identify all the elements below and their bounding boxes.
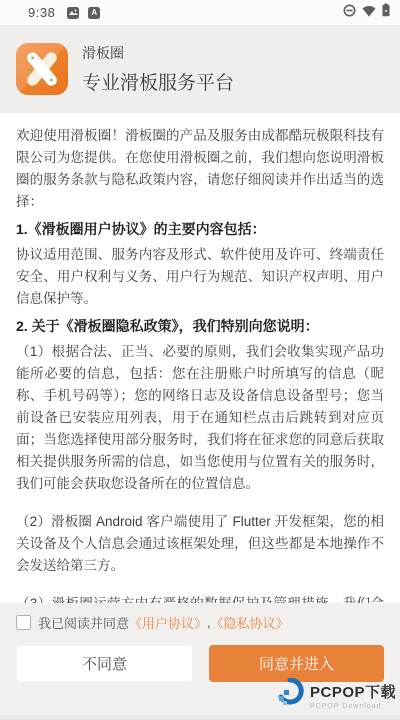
notification-app-a-icon: A: [88, 7, 100, 19]
disagree-button[interactable]: 不同意: [16, 645, 193, 682]
agreement-scroll-area[interactable]: 欢迎使用滑板圈！滑板圈的产品及服务由成都酷玩极限科技有限公司为您提供。在您使用滑…: [0, 113, 400, 603]
agree-checkbox[interactable]: [16, 615, 31, 630]
welcome-paragraph: 欢迎使用滑板圈！滑板圈的产品及服务由成都酷玩极限科技有限公司为您提供。在您使用滑…: [16, 125, 384, 213]
section1-body: 协议适用范围、服务内容及形式、软件使用及许可、终端责任安全、用户权利与义务、用户…: [16, 244, 384, 310]
privacy-item-2: （2）滑板圈 Android 客户端使用了 Flutter 开发框架，您的相关设…: [16, 511, 384, 577]
pcpop-watermark: PCPOP下载 PCPOP Download: [275, 678, 396, 713]
section1-title: 1.《滑板圈用户协议》的主要内容包括：: [16, 218, 384, 240]
do-not-disturb-icon: [343, 4, 356, 22]
status-bar: 9:38 A: [0, 0, 400, 25]
app-name: 滑板圈: [82, 43, 234, 63]
bottom-strip: [0, 715, 400, 720]
agree-enter-button[interactable]: 同意并进入: [209, 645, 384, 682]
privacy-item-3: （3）滑板圈运营方内有严格的数据保护及管理措施，我们会采取安全保障措施努力保护您…: [16, 593, 384, 603]
agree-label: 我已阅读并同意: [38, 613, 129, 632]
consent-footer: 我已阅读并同意 《用户协议》 , 《隐私协议》 不同意 同意并进入 PCPOP下…: [0, 603, 400, 720]
app-logo-icon: [16, 43, 68, 95]
clock: 9:38: [28, 5, 55, 20]
agree-row: 我已阅读并同意 《用户协议》 , 《隐私协议》: [0, 603, 400, 632]
app-header: 滑板圈 专业滑板服务平台: [0, 25, 400, 113]
wifi-icon: [362, 4, 376, 22]
app-tagline: 专业滑板服务平台: [82, 68, 234, 95]
section2-title: 2. 关于《滑板圈隐私政策》，我们特别向您说明：: [16, 315, 384, 337]
battery-icon: [382, 3, 390, 22]
privacy-item-1: （1）根据合法、正当、必要的原则，我们会收集实现产品功能所必要的信息，包括：您在…: [16, 341, 384, 495]
notification-gallery-icon: [67, 7, 79, 19]
pcpop-logo-icon: [275, 678, 305, 713]
user-agreement-link[interactable]: 《用户协议》: [129, 613, 207, 632]
pcpop-title: PCPOP下载: [310, 681, 396, 702]
privacy-policy-link[interactable]: 《隐私协议》: [211, 613, 289, 632]
pcpop-subtitle: PCPOP Download: [310, 703, 396, 710]
